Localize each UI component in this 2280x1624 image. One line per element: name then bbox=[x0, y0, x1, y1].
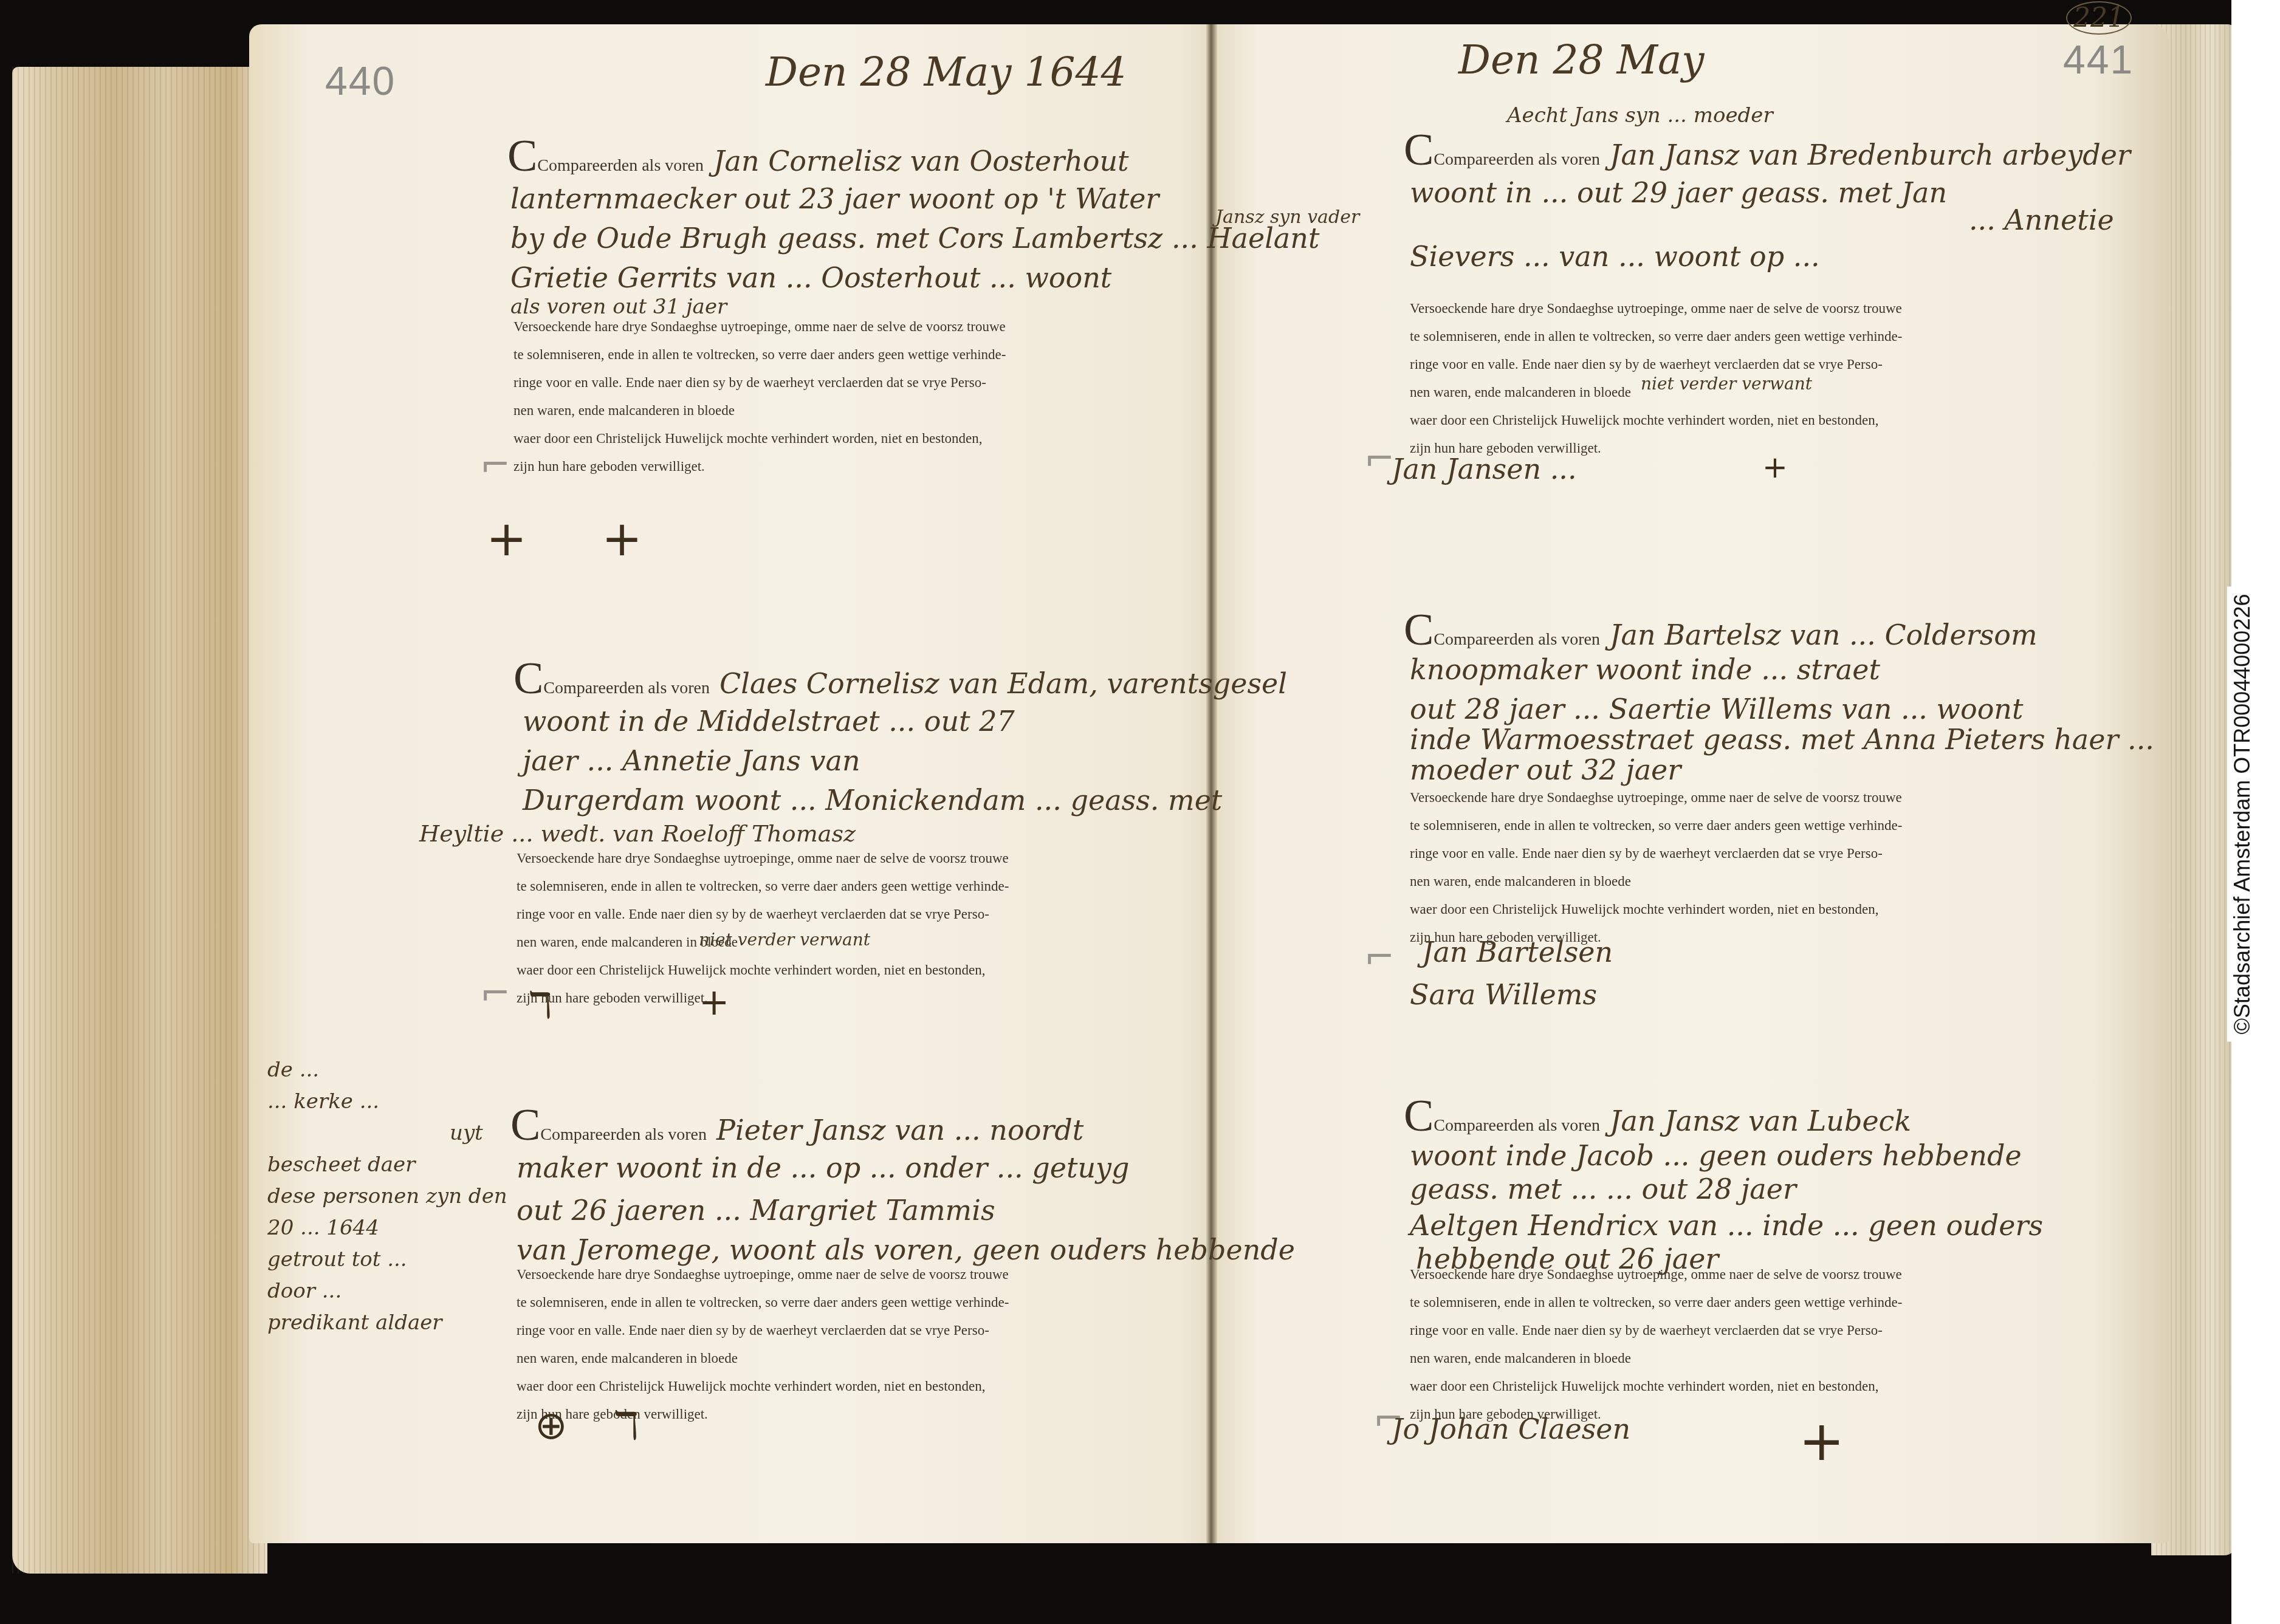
margin-note-line: uyt bbox=[267, 1117, 507, 1149]
handwritten-line: woont in de Middelstraet ... out 27 bbox=[523, 705, 1015, 738]
bracket-mark: ⌐ bbox=[1364, 437, 1395, 480]
printed-line: zijn hun hare geboden verwilliget. bbox=[517, 984, 1009, 1012]
left-entry-3: C Compareerden als voren Pieter Jansz va… bbox=[510, 1103, 1083, 1148]
printed-line: waer door een Christelijck Huwelijck moc… bbox=[1410, 1372, 1902, 1400]
handwritten-line: Jan Cornelisz van Oosterhout bbox=[713, 145, 1129, 177]
printed-line: waer door een Christelijck Huwelijck moc… bbox=[517, 956, 1009, 984]
handwritten-line: Aeltgen Hendricx van ... inde ... geen o… bbox=[1410, 1209, 2043, 1242]
margin-note-line: ... kerke ... bbox=[267, 1086, 507, 1117]
printed-line: Versoeckende hare drye Sondaeghse uytroe… bbox=[1410, 295, 1902, 323]
right-ink-folio: 221 bbox=[2066, 1, 2132, 35]
handwritten-line: ... Annetie bbox=[1969, 204, 2114, 236]
printed-line: ringe voor en valle. Ende naer dien sy b… bbox=[517, 1317, 1009, 1345]
left-page-stack-edge bbox=[12, 67, 267, 1574]
signature-mark: ℸ bbox=[614, 1403, 639, 1448]
handwritten-line: geass. met ... ... out 28 jaer bbox=[1410, 1173, 1796, 1205]
signature-mark-cross: + bbox=[486, 510, 527, 567]
printed-line: Versoeckende hare drye Sondaeghse uytroe… bbox=[1410, 1261, 1902, 1289]
handwritten-line: Claes Cornelisz van Edam, varentsgesel bbox=[719, 667, 1287, 700]
handwritten-line: moeder out 32 jaer bbox=[1410, 753, 1681, 786]
handwritten-line: out 26 jaeren ... Margriet Tammis bbox=[517, 1194, 995, 1227]
handwritten-line: Durgerdam woont ... Monickendam ... geas… bbox=[523, 784, 1222, 817]
handwritten-line: woont in ... out 29 jaer geass. met Jan bbox=[1410, 176, 1947, 209]
initial-C: C bbox=[513, 656, 543, 701]
printed-line: waer door een Christelijck Huwelijck moc… bbox=[1410, 896, 1902, 923]
handwritten-line: Grietie Gerrits van ... Oosterhout ... w… bbox=[510, 261, 1111, 294]
printed-line: nen waren, ende malcanderen in bloede bbox=[513, 397, 1006, 425]
initial-C: C bbox=[507, 134, 537, 179]
handwritten-line: knoopmaker woont inde ... straet bbox=[1410, 653, 1880, 686]
printed-line: te solemniseren, ende in allen te voltre… bbox=[1410, 323, 1902, 351]
signature-bride: Sara Willems bbox=[1410, 978, 1597, 1011]
signature-mark-cross: + bbox=[699, 981, 729, 1024]
printed-formula-block: Versoeckende hare drye Sondaeghse uytroe… bbox=[1410, 784, 1902, 951]
handwritten-line: inde Warmoesstraet geass. met Anna Piete… bbox=[1410, 723, 2154, 756]
signature-mark: ℸ bbox=[529, 984, 552, 1027]
signature-mark-circle-cross: ⊕ bbox=[535, 1403, 568, 1448]
handwritten-line: Jan Bartelsz van ... Coldersom bbox=[1610, 618, 2038, 651]
printed-formula-block: Versoeckende hare drye Sondaeghse uytroe… bbox=[1410, 1261, 1902, 1428]
above-line-note: Aecht Jans syn ... moeder bbox=[1507, 103, 1773, 128]
margin-note-line: bescheet daer bbox=[267, 1149, 507, 1180]
initial-C: C bbox=[1404, 1094, 1434, 1139]
signature-mark-cross: + bbox=[602, 510, 642, 567]
margin-note: de ... ... kerke ... uyt bescheet daer d… bbox=[267, 1054, 507, 1338]
printed-line: zijn hun hare geboden verwilliget. bbox=[513, 453, 1006, 481]
entry-opening: Compareerden als voren bbox=[537, 156, 704, 176]
signature-groom: Jan Jansen ... bbox=[1392, 453, 1577, 485]
printed-formula-block: Versoeckende hare drye Sondaeghse uytroe… bbox=[517, 1261, 1009, 1428]
margin-note-line: getrout tot ... bbox=[267, 1244, 507, 1275]
right-entry-3: C Compareerden als voren Jan Jansz van L… bbox=[1404, 1094, 1911, 1139]
handwritten-line: Sievers ... van ... woont op ... bbox=[1410, 240, 1820, 273]
entry-opening: Compareerden als voren bbox=[540, 1125, 707, 1145]
handwritten-line: by de Oude Brugh geass. met Cors Lambert… bbox=[510, 222, 1319, 255]
left-heading-date: Den 28 May 1644 bbox=[766, 49, 1127, 95]
printed-line: ringe voor en valle. Ende naer dien sy b… bbox=[517, 900, 1009, 928]
initial-C: C bbox=[1404, 608, 1434, 653]
printed-line: waer door een Christelijck Huwelijck moc… bbox=[1410, 406, 1902, 434]
entry-opening: Compareerden als voren bbox=[1434, 150, 1600, 170]
initial-C: C bbox=[1404, 128, 1434, 173]
entry-opening: Compareerden als voren bbox=[1434, 630, 1600, 649]
printed-formula-block: Versoeckende hare drye Sondaeghse uytroe… bbox=[517, 845, 1009, 1012]
margin-note-line: 20 ... 1644 bbox=[267, 1212, 507, 1244]
left-entry-2: C Compareerden als voren Claes Cornelisz… bbox=[513, 656, 1287, 701]
printed-line: nen waren, ende malcanderen in bloede bbox=[1410, 1345, 1902, 1372]
right-entry-2: C Compareerden als voren Jan Bartelsz va… bbox=[1404, 608, 2038, 653]
archive-watermark: ©Stadsarchief Amsterdam OTR00044000226 bbox=[2227, 587, 2258, 1042]
printed-line: te solemniseren, ende in allen te voltre… bbox=[517, 1289, 1009, 1317]
printed-line: ringe voor en valle. Ende naer dien sy b… bbox=[1410, 1317, 1902, 1345]
entry-opening: Compareerden als voren bbox=[543, 679, 710, 698]
printed-line: waer door een Christelijck Huwelijck moc… bbox=[513, 425, 1006, 453]
signature-groom: Jan Bartelsen bbox=[1422, 936, 1613, 968]
printed-line: Versoeckende hare drye Sondaeghse uytroe… bbox=[513, 313, 1006, 341]
margin-note-line: de ... bbox=[267, 1054, 507, 1086]
handwritten-line: Jan Jansz van Lubeck bbox=[1610, 1105, 1911, 1137]
initial-C: C bbox=[510, 1103, 540, 1148]
bracket-mark: ⌐ bbox=[480, 972, 510, 1015]
signature-mark-cross: + bbox=[1762, 450, 1788, 485]
margin-note-line: dese personen zyn den bbox=[267, 1180, 507, 1212]
printed-line: te solemniseren, ende in allen te voltre… bbox=[1410, 812, 1902, 840]
margin-note: Jansz syn vader bbox=[1215, 207, 1359, 228]
entry-opening: Compareerden als voren bbox=[1434, 1116, 1600, 1136]
printed-line: Versoeckende hare drye Sondaeghse uytroe… bbox=[1410, 784, 1902, 812]
handwritten-addition: niet verder verwant bbox=[1641, 374, 1812, 394]
right-entry-1: C Compareerden als voren Jan Jansz van B… bbox=[1404, 128, 2131, 173]
right-heading-date: Den 28 May bbox=[1458, 36, 1705, 83]
handwritten-line: jaer ... Annetie Jans van bbox=[523, 744, 860, 777]
left-pencil-folio: 440 bbox=[325, 58, 396, 104]
printed-line: waer door een Christelijck Huwelijck moc… bbox=[517, 1372, 1009, 1400]
printed-formula-block: Versoeckende hare drye Sondaeghse uytroe… bbox=[513, 313, 1006, 481]
handwritten-line: Heyltie ... wedt. van Roeloff Thomasz bbox=[419, 820, 856, 847]
handwritten-addition: niet verder verwant bbox=[699, 930, 870, 950]
printed-line: ringe voor en valle. Ende naer dien sy b… bbox=[513, 369, 1006, 397]
printed-line: nen waren, ende malcanderen in bloede bbox=[1410, 868, 1902, 896]
handwritten-line: woont inde Jacob ... geen ouders hebbend… bbox=[1410, 1139, 2022, 1172]
printed-line: te solemniseren, ende in allen te voltre… bbox=[1410, 1289, 1902, 1317]
handwritten-line: lanternmaecker out 23 jaer woont op 't W… bbox=[510, 182, 1159, 215]
left-entry-1: C Compareerden als voren Jan Cornelisz v… bbox=[507, 134, 1129, 179]
handwritten-line: Jan Jansz van Bredenburch arbeyder bbox=[1610, 139, 2131, 171]
printed-line: te solemniseren, ende in allen te voltre… bbox=[517, 872, 1009, 900]
bracket-mark: ⌐ bbox=[480, 444, 510, 486]
handwritten-line: Pieter Jansz van ... noordt bbox=[716, 1114, 1083, 1146]
signature-mark-cross: + bbox=[1799, 1410, 1844, 1473]
handwritten-line: maker woont in de ... op ... onder ... g… bbox=[517, 1151, 1130, 1184]
handwritten-line: out 28 jaer ... Saertie Willems van ... … bbox=[1410, 693, 2023, 725]
signature-groom: Jo Johan Claesen bbox=[1392, 1413, 1630, 1445]
right-pencil-folio: 441 bbox=[2063, 36, 2134, 83]
bracket-mark: ⌐ bbox=[1364, 936, 1395, 978]
printed-line: te solemniseren, ende in allen te voltre… bbox=[513, 341, 1006, 369]
printed-line: Versoeckende hare drye Sondaeghse uytroe… bbox=[517, 845, 1009, 872]
margin-note-line: door ... bbox=[267, 1275, 507, 1307]
margin-note-line: predikant aldaer bbox=[267, 1307, 507, 1338]
printed-line: nen waren, ende malcanderen in bloede bbox=[517, 1345, 1009, 1372]
printed-line: Versoeckende hare drye Sondaeghse uytroe… bbox=[517, 1261, 1009, 1289]
printed-line: ringe voor en valle. Ende naer dien sy b… bbox=[1410, 840, 1902, 868]
printed-line: zijn hun hare geboden verwilliget. bbox=[517, 1400, 1009, 1428]
